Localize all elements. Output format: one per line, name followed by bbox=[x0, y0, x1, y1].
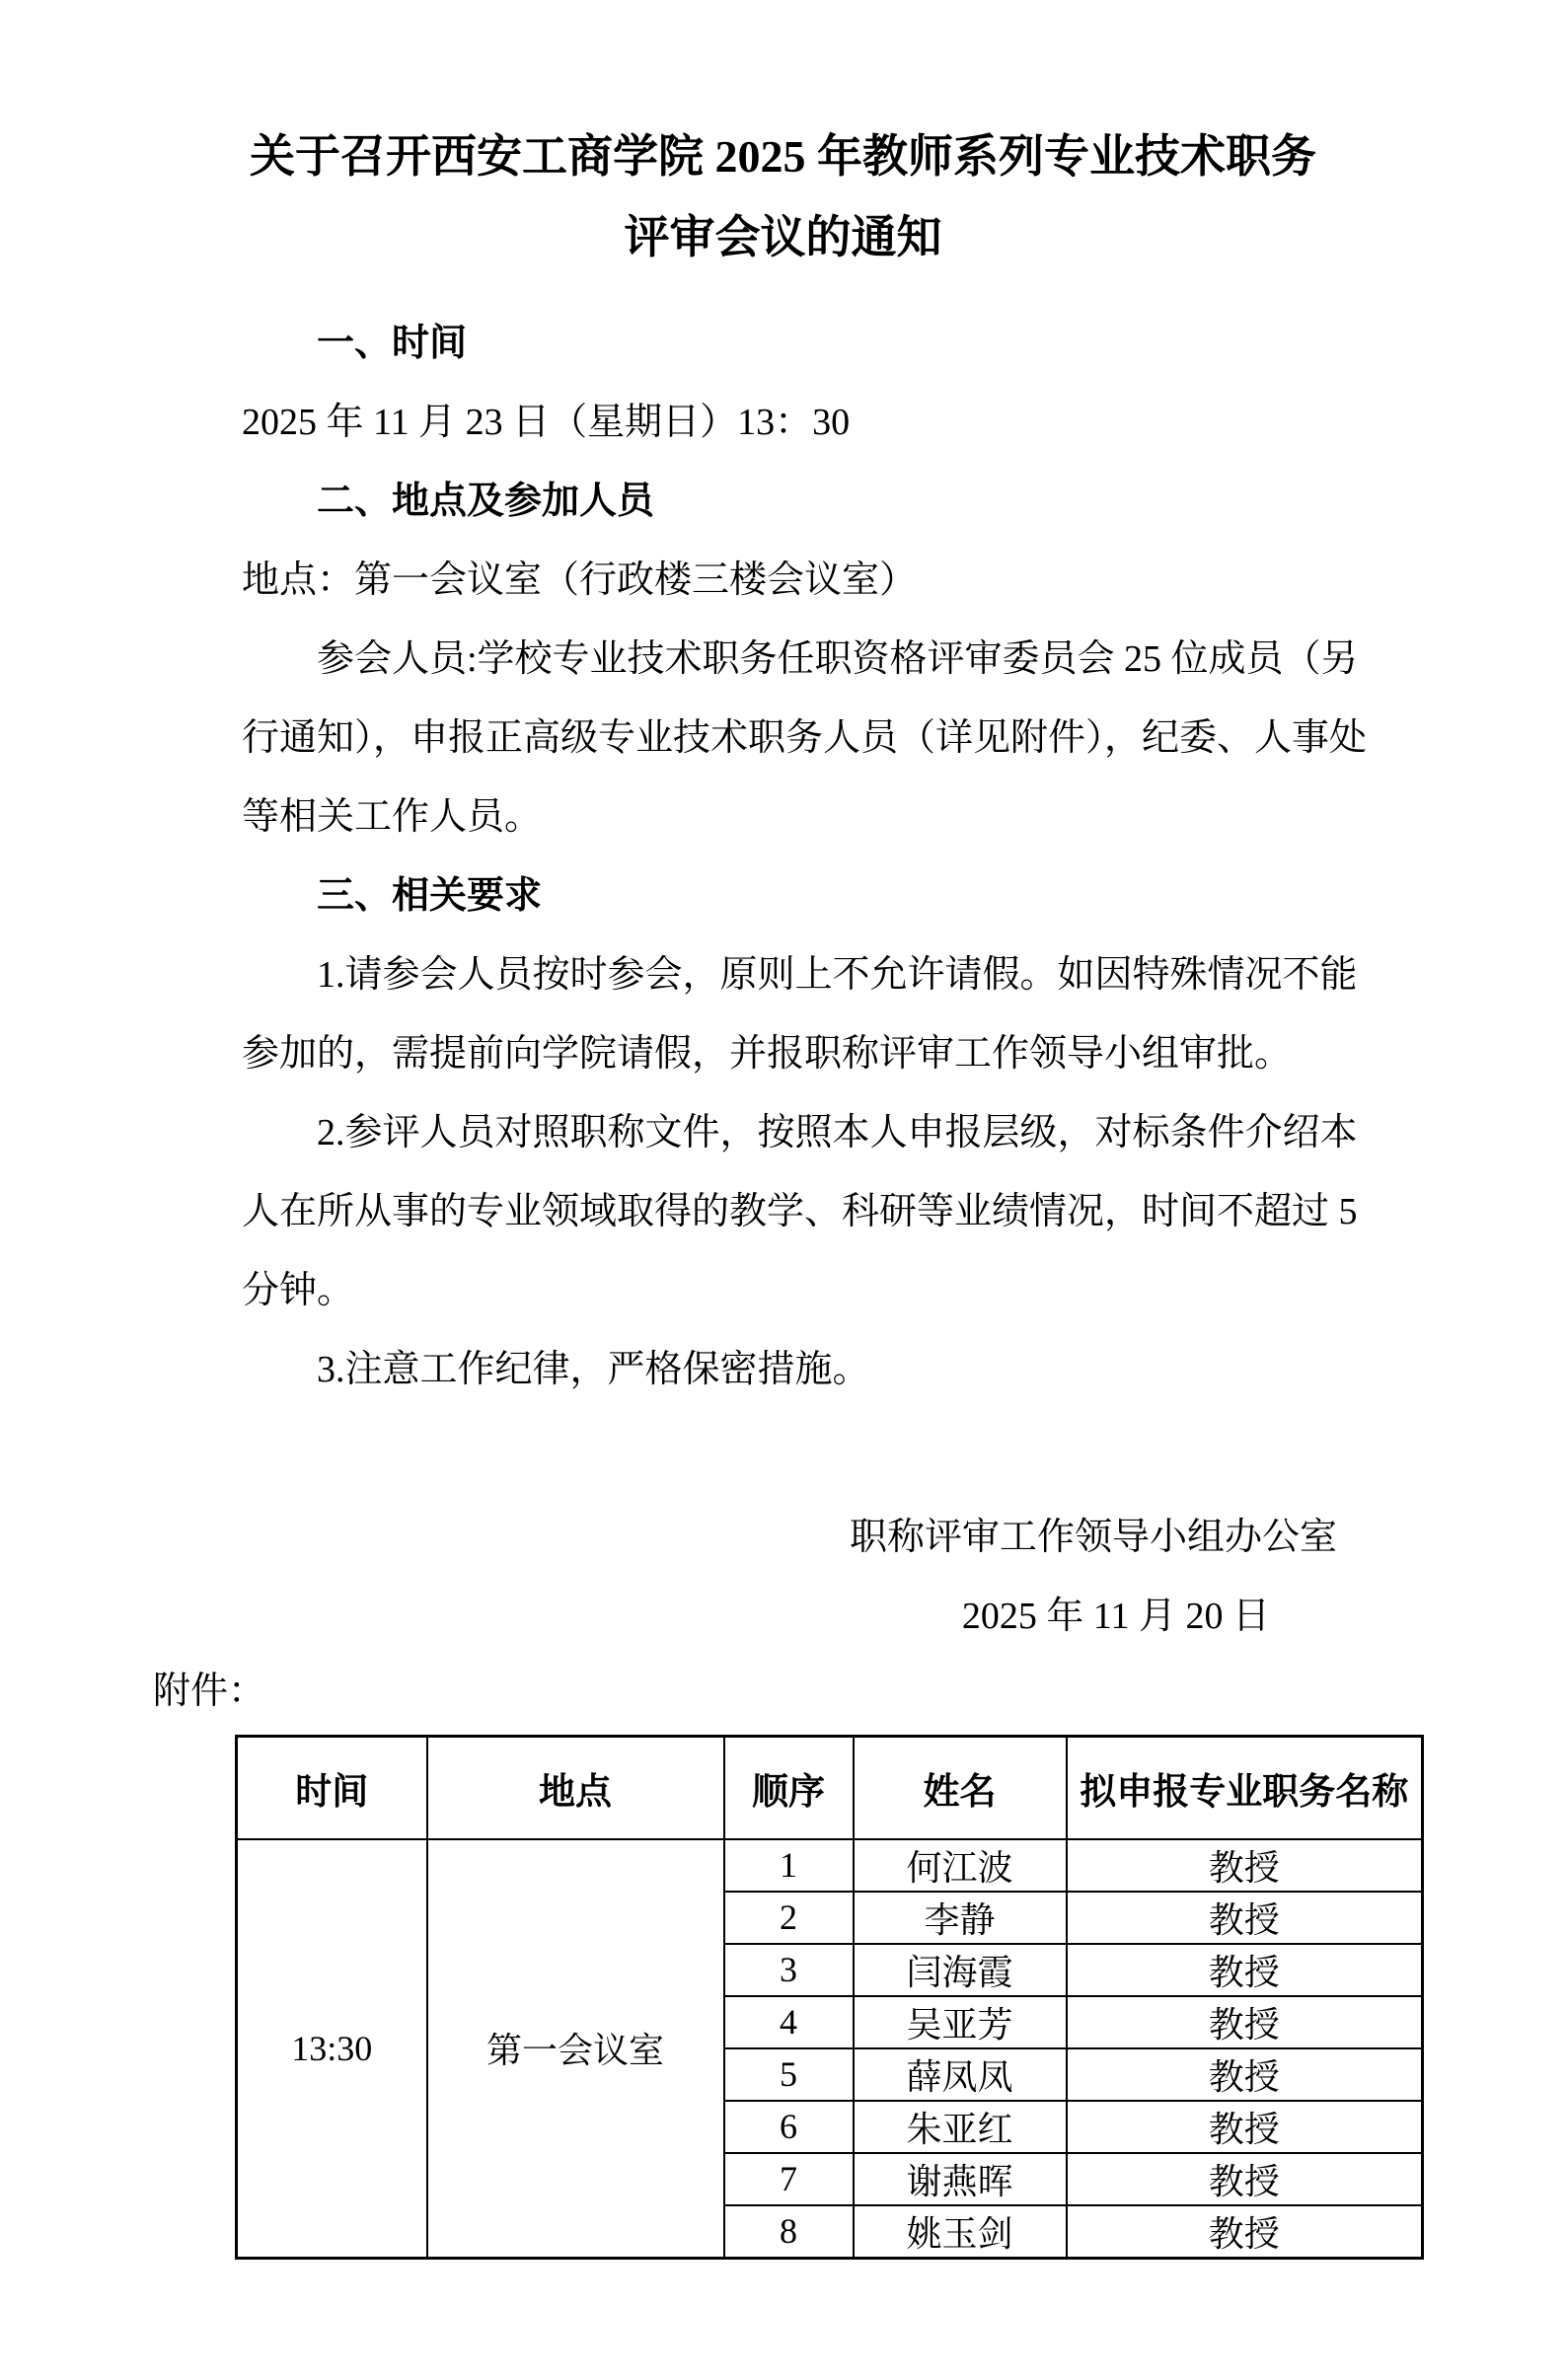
section-heading-time: 一、时间 bbox=[242, 304, 1566, 383]
order-cell: 8 bbox=[724, 2205, 854, 2259]
document-page: 关于召开西安工商学院 2025 年教师系列专业技术职务 评审会议的通知 一、时间… bbox=[0, 0, 1566, 2380]
header-order: 顺序 bbox=[724, 1737, 854, 1839]
participants-line-2: 行通知），申报正高级专业技术职务人员（详见附件），纪委、人事处 bbox=[242, 699, 1566, 778]
title-cell: 教授 bbox=[1067, 2048, 1423, 2101]
table-header-row: 时间 地点 顺序 姓名 拟申报专业职务名称 bbox=[237, 1737, 1423, 1839]
name-cell: 闫海霞 bbox=[854, 1944, 1067, 1996]
order-cell: 6 bbox=[724, 2101, 854, 2153]
header-name: 姓名 bbox=[854, 1737, 1067, 1839]
name-cell: 姚玉剑 bbox=[854, 2205, 1067, 2259]
name-cell: 李静 bbox=[854, 1892, 1067, 1944]
document-title: 关于召开西安工商学院 2025 年教师系列专业技术职务 评审会议的通知 bbox=[0, 0, 1566, 278]
section-heading-requirements: 三、相关要求 bbox=[242, 856, 1566, 935]
table-row: 13:30 第一会议室 1 何江波 教授 bbox=[237, 1839, 1423, 1892]
title-cell: 教授 bbox=[1067, 2153, 1423, 2205]
requirement-1-line-1: 1.请参会人员按时参会，原则上不允许请假。如因特殊情况不能 bbox=[242, 935, 1566, 1014]
document-title-line-2: 评审会议的通知 bbox=[0, 197, 1566, 278]
meeting-datetime: 2025 年 11 月 23 日（星期日）13：30 bbox=[242, 383, 1566, 462]
title-cell: 教授 bbox=[1067, 1839, 1423, 1892]
header-position-title: 拟申报专业职务名称 bbox=[1067, 1737, 1423, 1839]
name-cell: 薛凤凤 bbox=[854, 2048, 1067, 2101]
name-cell: 何江波 bbox=[854, 1839, 1067, 1892]
order-cell: 3 bbox=[724, 1944, 854, 1996]
title-cell: 教授 bbox=[1067, 1944, 1423, 1996]
title-cell: 教授 bbox=[1067, 1892, 1423, 1944]
order-cell: 2 bbox=[724, 1892, 854, 1944]
blank-space bbox=[242, 1409, 1566, 1498]
order-cell: 4 bbox=[724, 1996, 854, 2048]
name-cell: 朱亚红 bbox=[854, 2101, 1067, 2153]
header-location: 地点 bbox=[427, 1737, 724, 1839]
participants-line-1: 参会人员:学校专业技术职务任职资格评审委员会 25 位成员（另 bbox=[242, 620, 1566, 699]
requirement-1-line-2: 参加的，需提前向学院请假，并报职称评审工作领导小组审批。 bbox=[242, 1014, 1566, 1093]
order-cell: 7 bbox=[724, 2153, 854, 2205]
section-heading-location-participants: 二、地点及参加人员 bbox=[242, 462, 1566, 541]
name-cell: 吴亚芳 bbox=[854, 1996, 1067, 2048]
meeting-location: 地点：第一会议室（行政楼三楼会议室） bbox=[242, 541, 1566, 620]
title-cell: 教授 bbox=[1067, 1996, 1423, 2048]
schedule-table: 时间 地点 顺序 姓名 拟申报专业职务名称 13:30 第一会议室 1 何江波 … bbox=[235, 1735, 1424, 2260]
signature-date: 2025 年 11 月 20 日 bbox=[242, 1577, 1566, 1656]
attachment-label: 附件： bbox=[153, 1656, 1566, 1727]
participants-line-3: 等相关工作人员。 bbox=[242, 778, 1566, 856]
title-cell: 教授 bbox=[1067, 2205, 1423, 2259]
document-title-line-1: 关于召开西安工商学院 2025 年教师系列专业技术职务 bbox=[0, 116, 1566, 197]
name-cell: 谢燕晖 bbox=[854, 2153, 1067, 2205]
attachment-table-wrapper: 时间 地点 顺序 姓名 拟申报专业职务名称 13:30 第一会议室 1 何江波 … bbox=[235, 1735, 1566, 2260]
title-cell: 教授 bbox=[1067, 2101, 1423, 2153]
requirement-2-line-1: 2.参评人员对照职称文件，按照本人申报层级，对标条件介绍本 bbox=[242, 1093, 1566, 1172]
requirement-2-line-2: 人在所从事的专业领域取得的教学、科研等业绩情况，时间不超过 5 bbox=[242, 1172, 1566, 1251]
requirement-2-line-3: 分钟。 bbox=[242, 1251, 1566, 1330]
signature-office: 职称评审工作领导小组办公室 bbox=[242, 1498, 1566, 1577]
document-body: 一、时间 2025 年 11 月 23 日（星期日）13：30 二、地点及参加人… bbox=[0, 304, 1566, 1727]
location-cell: 第一会议室 bbox=[427, 1839, 724, 2259]
order-cell: 5 bbox=[724, 2048, 854, 2101]
requirement-3: 3.注意工作纪律，严格保密措施。 bbox=[242, 1330, 1566, 1409]
time-cell: 13:30 bbox=[237, 1839, 427, 2259]
order-cell: 1 bbox=[724, 1839, 854, 1892]
header-time: 时间 bbox=[237, 1737, 427, 1839]
